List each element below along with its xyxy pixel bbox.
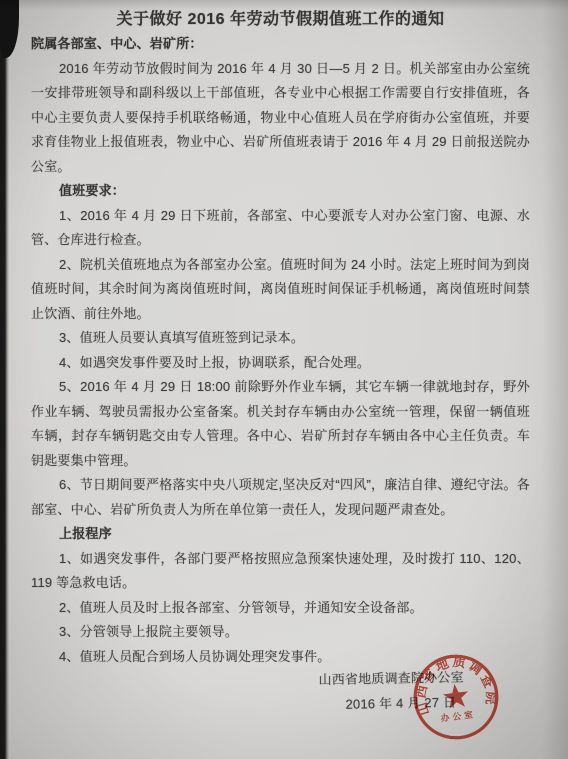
section-heading-report-procedure: 上报程序 [31, 522, 530, 547]
photo-shadow-top [0, 0, 568, 10]
report-item-2: 2、值班人员及时上报各部室、分管领导，并通知安全设备部。 [31, 596, 530, 621]
requirement-item-5: 5、2016 年 4 月 29 日 18:00 前除野外作业车辆，其它车辆一律就… [31, 375, 530, 473]
intro-paragraph: 2016 年劳动节放假时间为 2016 年 4 月 30 日—5 月 2 日。机… [31, 57, 530, 180]
requirement-item-2: 2、院机关值班地点为各部室办公室。值班时间为 24 小时。法定上班时间为到岗值班… [31, 253, 530, 327]
requirement-item-4: 4、如遇突发事件要及时上报，协调联系，配合处理。 [31, 351, 530, 376]
document-photo: 关于做好 2016 年劳动节假期值班工作的通知 院属各部室、中心、岩矿所： 20… [0, 0, 568, 759]
report-item-3: 3、分管领导上报院主要领导。 [31, 620, 530, 645]
signature-block: 山西省地质调查院办公室 2016 年 4 月 27 日 [31, 664, 531, 723]
report-item-1: 1、如遇突发事件，各部门要严格按照应急预案快速处理，及时拨打 110、120、1… [31, 547, 530, 596]
requirement-item-1: 1、2016 年 4 月 29 日下班前，各部室、中心要派专人对办公室门窗、电源… [31, 204, 530, 253]
photo-shadow-right [542, 0, 568, 759]
photo-dark-edge-left [0, 0, 9, 759]
notice-document: 关于做好 2016 年劳动节假期值班工作的通知 院属各部室、中心、岩矿所： 20… [0, 0, 568, 759]
requirement-item-3: 3、值班人员要认真填写值班签到记录本。 [31, 326, 530, 351]
section-heading-duty-requirements: 值班要求： [31, 179, 530, 204]
notice-title: 关于做好 2016 年劳动节假期值班工作的通知 [31, 7, 530, 32]
notice-salutation: 院属各部室、中心、岩矿所： [31, 32, 530, 57]
requirement-item-6: 6、节日期间要严格落实中央八项规定,坚决反对“四风”，廉洁自律、遵纪守法。各部室… [31, 473, 530, 522]
